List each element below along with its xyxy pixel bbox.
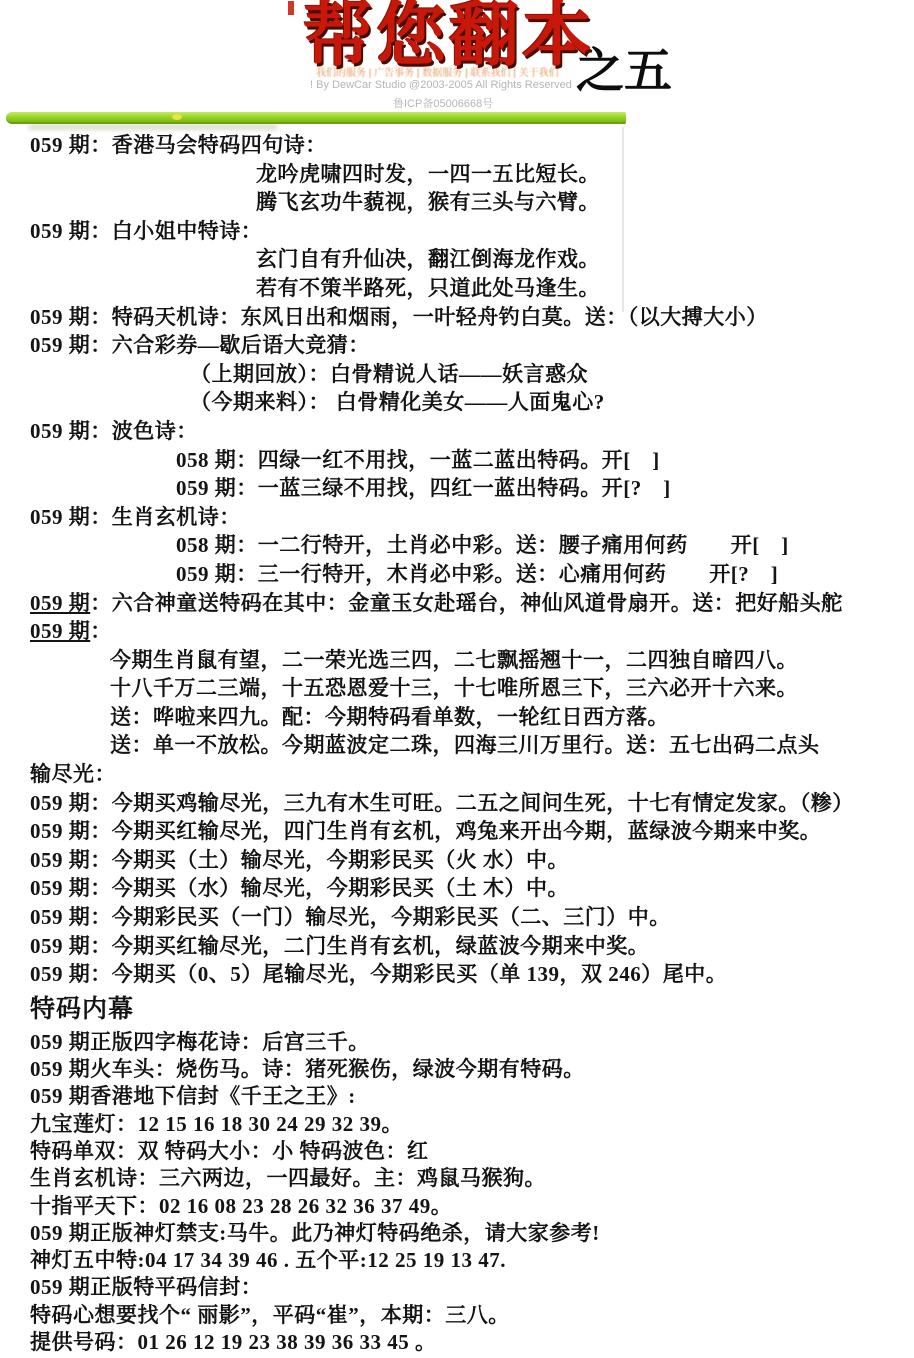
text-line: 059 期：今期买（0、5）尾输尽光，今期彩民买（单 139，双 246）尾中。: [0, 960, 914, 989]
text-line: 若有不策半路死，只道此处马逢生。: [0, 274, 914, 303]
text-line: 059 期：香港马会特码四句诗：: [0, 131, 914, 160]
site-logo-suffix: 之五: [576, 48, 672, 96]
text-line: 059 期：一蓝三绿不用找，四红一蓝出特码。开[? ]: [0, 474, 914, 503]
text-line: 腾飞玄功牛藐视，猴有三头与六臂。: [0, 188, 914, 217]
text-line: 龙吟虎啸四时发，一四一五比短长。: [0, 160, 914, 189]
site-logo-title: 帮您翻本: [303, 2, 595, 72]
text-line: 059 期：六合彩券—歇后语大竞猜：: [0, 331, 914, 360]
text-line: 神灯五中特:04 17 34 39 46 . 五个平:12 25 19 13 4…: [0, 1247, 914, 1274]
text-line: 059 期正版神灯禁支:马牛。此乃神灯特码绝杀，请大家参考!: [0, 1220, 914, 1247]
text-line: 058 期：四绿一红不用找，一蓝二蓝出特码。开[ ]: [0, 446, 914, 475]
text-line: 059 期正版特平码信封：: [0, 1274, 914, 1301]
text-line: 059 期：三一行特开，木肖必中彩。送：心痛用何药 开[? ]: [0, 560, 914, 589]
insider-lines: 059 期正版四字梅花诗：后宫三千。059 期火车头：烧伤马。诗：猪死猴伤，绿波…: [0, 1029, 914, 1357]
text-line: 059 期：波色诗：: [0, 417, 914, 446]
text-line: 059 期：今期买红输尽光，四门生肖有玄机，鸡兔来开出今期，蓝绿波今期来中奖。: [0, 817, 914, 846]
text-line: 十八千万二三端，十五恐恩爱十三，十七唯所恩三下，三六必开十六来。: [0, 674, 914, 703]
text-line: 生肖玄机诗：三六两边，一四最好。主：鸡鼠马猴狗。: [0, 1165, 914, 1192]
main-lines: 059 期：香港马会特码四句诗：龙吟虎啸四时发，一四一五比短长。腾飞玄功牛藐视，…: [0, 131, 914, 989]
green-divider-bar: [6, 112, 626, 124]
divider-shadow: [28, 124, 278, 130]
text-line: 059 期：特码天机诗：东风日出和烟雨，一叶轻舟钓白莫。送：（以大搏大小）: [0, 303, 914, 332]
issue-prefix: 059 期: [30, 619, 90, 643]
text-line: 059 期火车头：烧伤马。诗：猪死猴伤，绿波今期有特码。: [0, 1056, 914, 1083]
text-line: 特码单双：双 特码大小：小 特码波色：红: [0, 1138, 914, 1165]
text-line: 九宝莲灯：12 15 16 18 30 24 29 32 39。: [0, 1111, 914, 1138]
text-line: （上期回放）：白骨精说人话——妖言惑众: [0, 360, 914, 389]
text-line: 059 期：今期买鸡输尽光，三九有木生可旺。二五之间问生死，十七有情定发家。（糁…: [0, 789, 914, 818]
copyright-text: ! By DewCar Studio @2003-2005 All Rights…: [310, 79, 572, 91]
page-root: 帮您翻本 之五 我们的服务 | 广告事务 | 数据服务 | 联系我们 | 关于我…: [0, 0, 914, 1358]
text-line: 059 期香港地下信封《千王之王》:: [0, 1083, 914, 1110]
text-line: 玄门自有升仙决，翻江倒海龙作戏。: [0, 245, 914, 274]
text-line: 送：单一不放松。今期蓝波定二珠，四海三川万里行。送：五七出码二点头: [0, 731, 914, 760]
text-line: 十指平天下：02 16 08 23 28 26 32 36 37 49。: [0, 1193, 914, 1220]
red-corner-mark: [288, 1, 294, 15]
text-line: 059 期：今期买（水）输尽光，今期彩民买（土 木）中。: [0, 874, 914, 903]
issue-prefix: 059 期: [30, 591, 90, 615]
text-line: 059 期：今期彩民买（一门）输尽光，今期彩民买（二、三门）中。: [0, 903, 914, 932]
text-line: 059 期：今期买（土）输尽光，今期彩民买（火 水）中。: [0, 846, 914, 875]
text-line: 特码心想要找个“ 丽影”，平码“崔”，本期：三八。: [0, 1302, 914, 1329]
text-line: 059 期：六合神童送特码在其中：金童玉女赴瑶台，神仙风道骨扇开。送：把好船头舵: [0, 589, 914, 618]
text-line: 059 期：白小姐中特诗：: [0, 217, 914, 246]
body-text: 059 期：香港马会特码四句诗：龙吟虎啸四时发，一四一五比短长。腾飞玄功牛藐视，…: [0, 131, 914, 1356]
text-line: 059 期：今期买红输尽光，二门生肖有玄机，绿蓝波今期来中奖。: [0, 932, 914, 961]
text-line: （今期来料）： 白骨精化美女——人面鬼心?: [0, 388, 914, 417]
text-line: 059 期：: [0, 617, 914, 646]
text-line: 提供号码：01 26 12 19 23 38 39 36 33 45 。: [0, 1329, 914, 1356]
icp-number: 鲁ICP备05006668号: [393, 95, 493, 111]
text-line: 058 期：一二行特开，土肖必中彩。送：腰子痛用何药 开[ ]: [0, 531, 914, 560]
text-line: 今期生肖鼠有望，二一荣光选三四，二七飘摇翘十一，二四独自暗四八。: [0, 646, 914, 675]
text-line: 059 期正版四字梅花诗：后宫三千。: [0, 1029, 914, 1056]
header: 帮您翻本 之五 我们的服务 | 广告事务 | 数据服务 | 联系我们 | 关于我…: [0, 0, 914, 130]
text-line: 059 期：生肖玄机诗：: [0, 503, 914, 532]
text-line: 输尽光：: [0, 760, 914, 789]
insider-heading: 特码内幕: [0, 994, 914, 1026]
text-line: 送：哗啦来四九。配：今期特码看单数，一轮红日西方落。: [0, 703, 914, 732]
